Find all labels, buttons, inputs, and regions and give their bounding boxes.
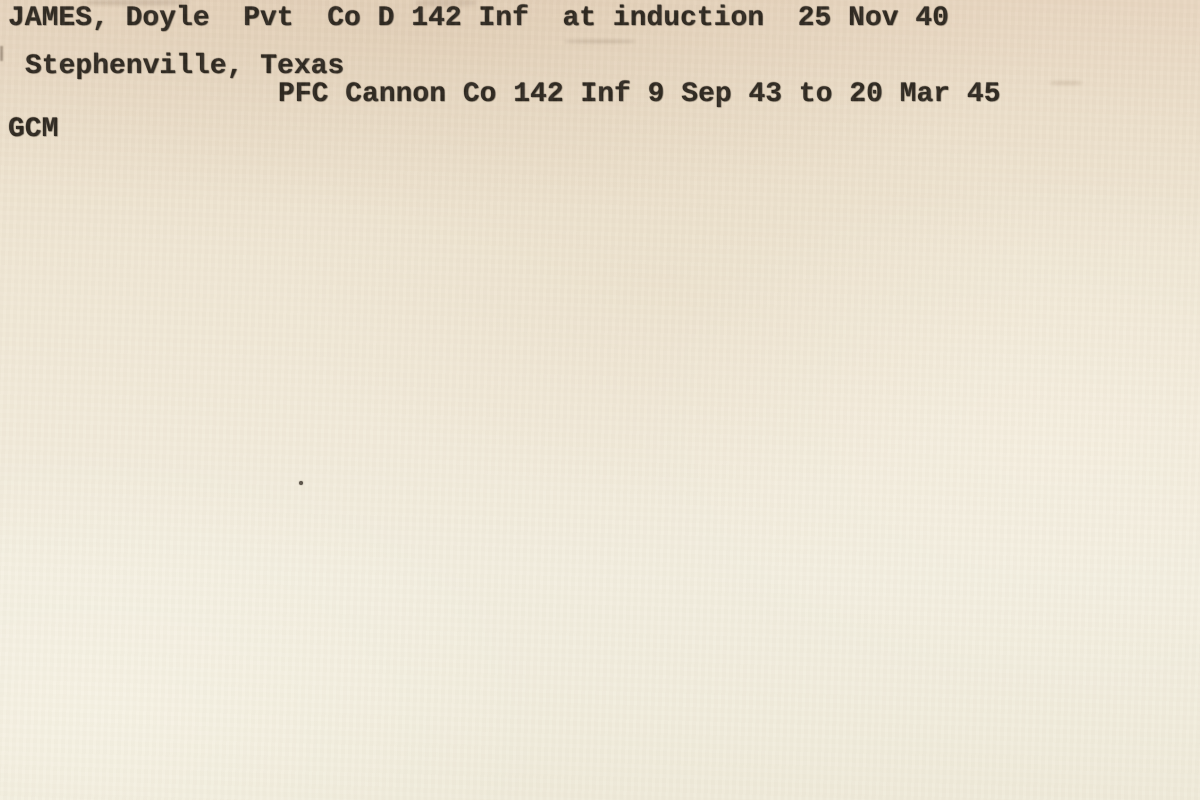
typed-line-promotion-service-dates: PFC Cannon Co 142 Inf 9 Sep 43 to 20 Mar…: [278, 80, 1001, 111]
typed-line-gcm: GCM: [8, 115, 58, 146]
paper-smudge: [565, 40, 635, 43]
scanned-index-card: JAMES, Doyle Pvt Co D 142 Inf at inducti…: [0, 0, 1200, 800]
ink-speck: [299, 481, 303, 485]
edge-ink-mark: [0, 46, 3, 61]
typed-line-name-rank-unit-induction: JAMES, Doyle Pvt Co D 142 Inf at inducti…: [8, 4, 949, 35]
paper-smudge: [1050, 81, 1082, 85]
